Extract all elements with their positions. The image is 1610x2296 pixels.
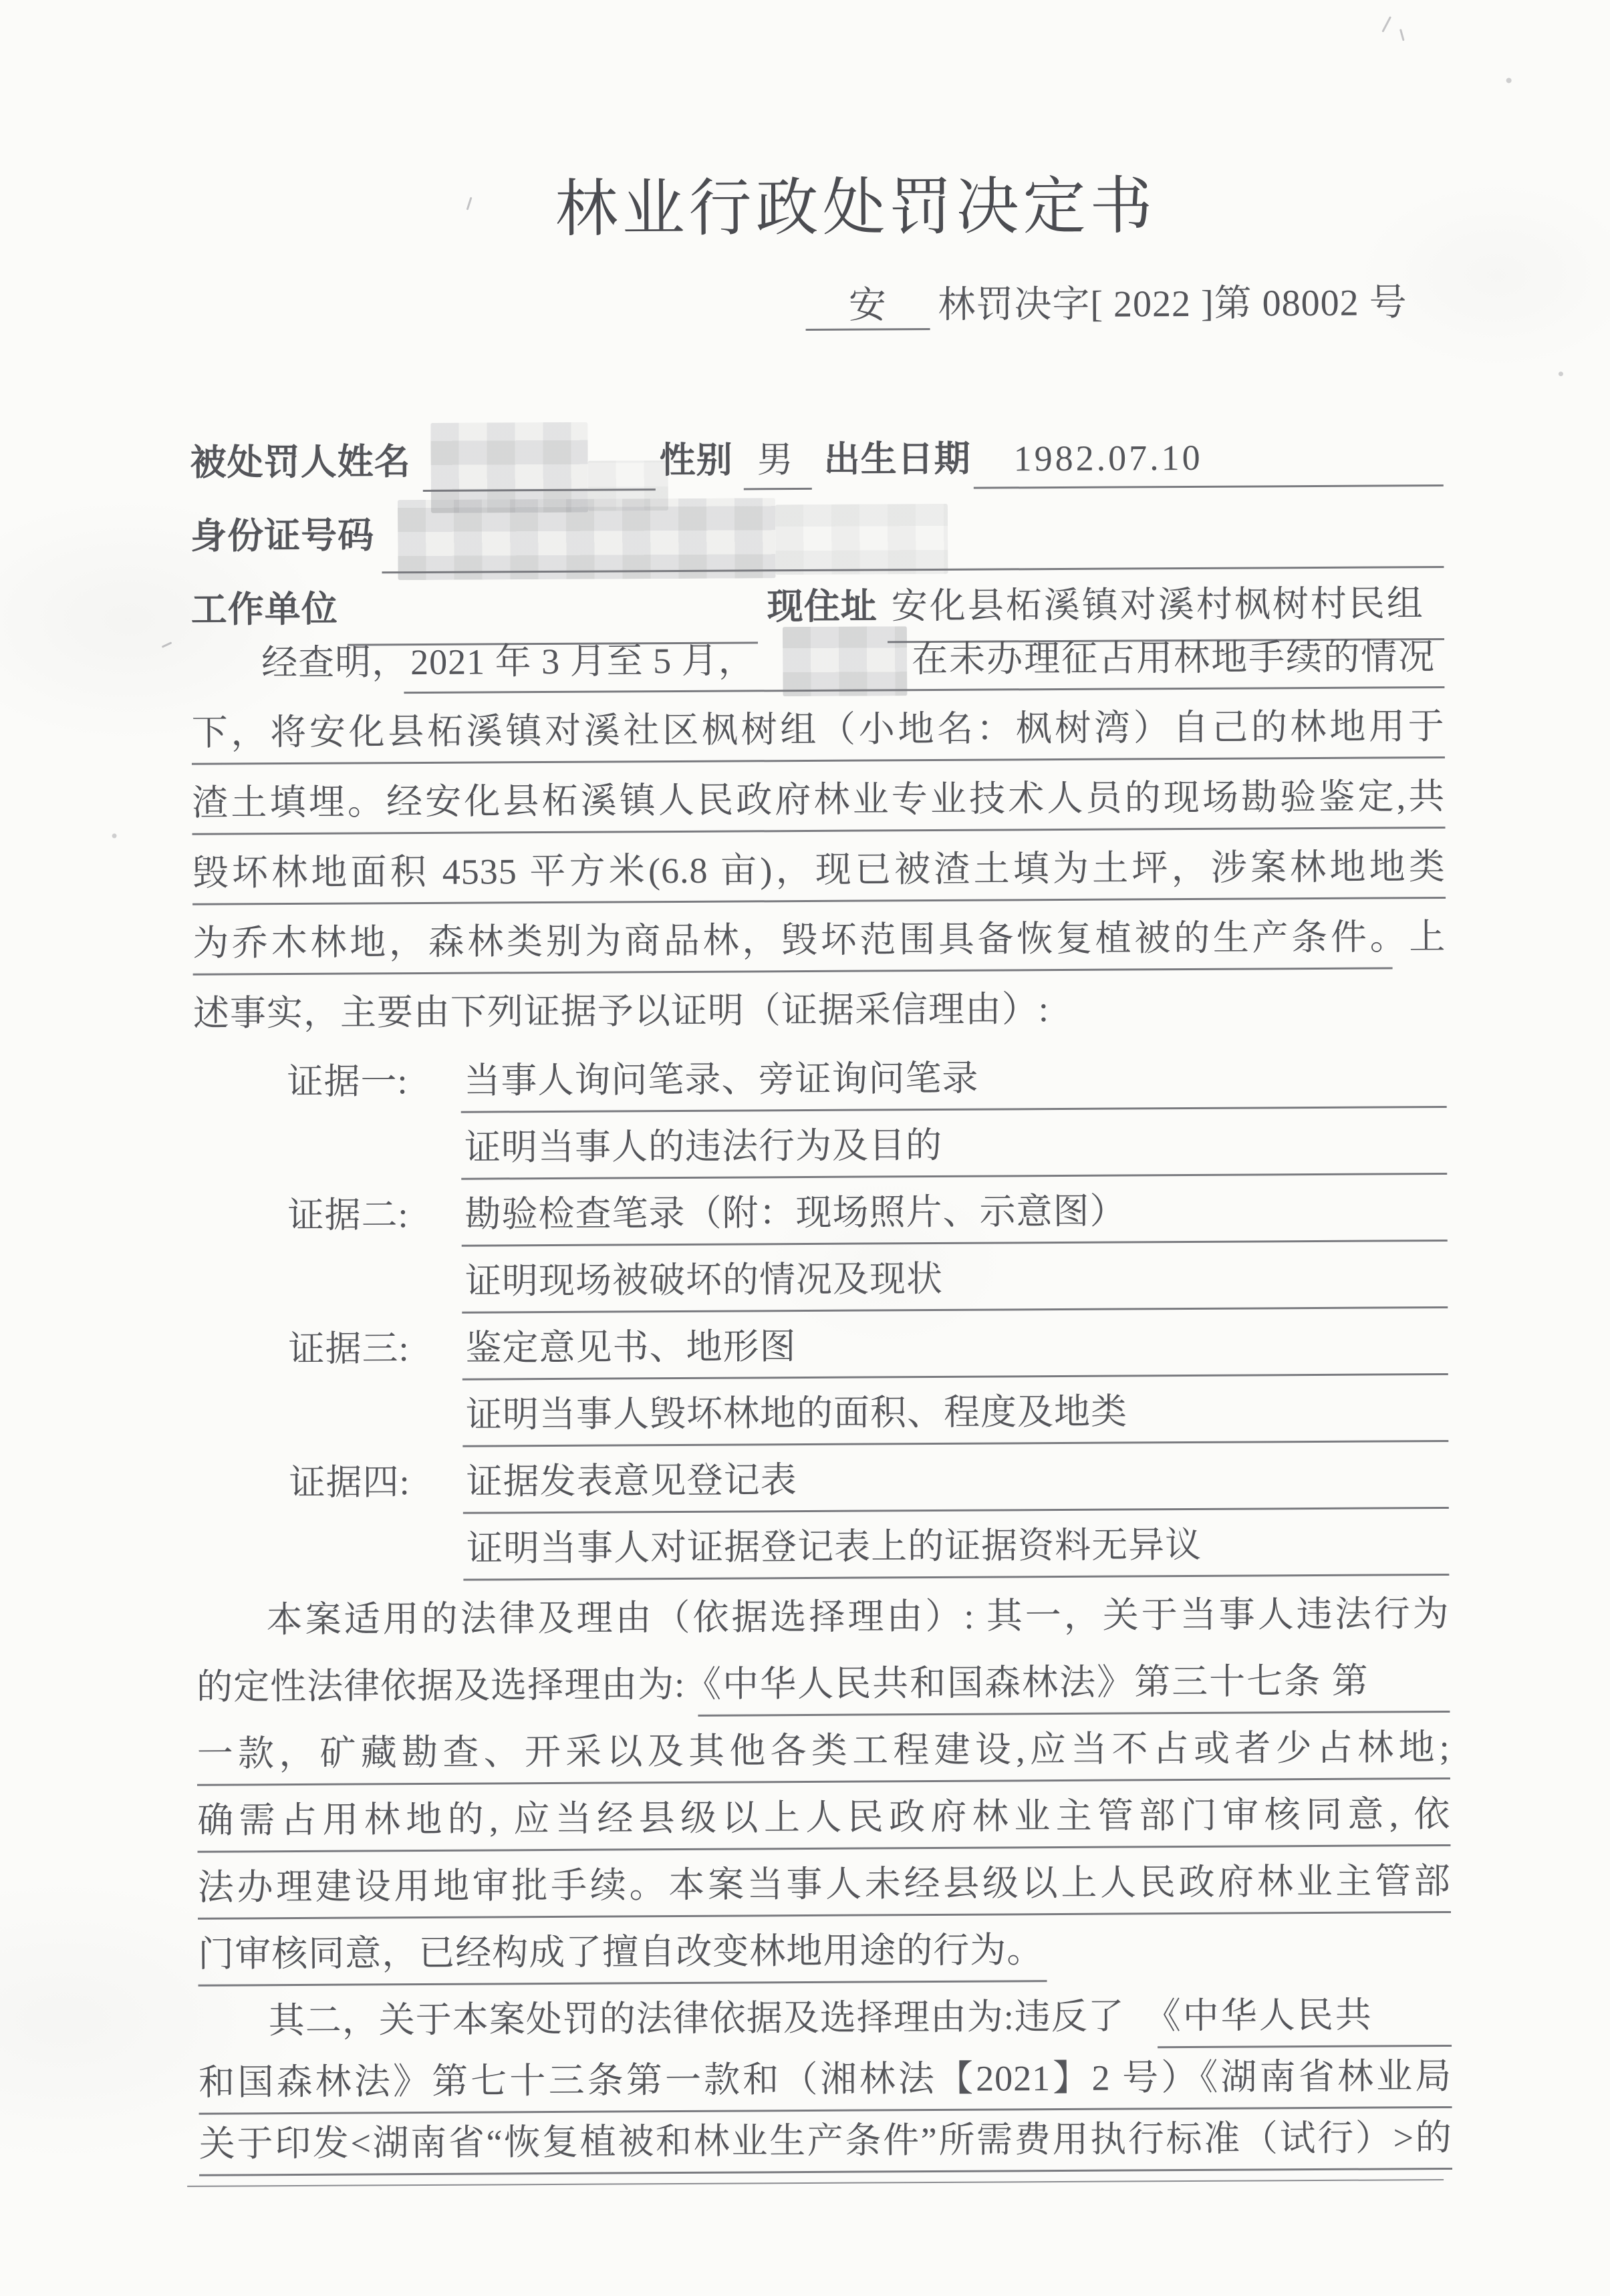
evidence4-label: 证据四: <box>289 1455 410 1510</box>
evidence2-proves-underline <box>462 1306 1448 1314</box>
findings-line3: 渣土填埋。经安化县柘溪镇人民政府林业专业技术人员的现场勘验鉴定,共 <box>192 770 1445 830</box>
evidence1-content-underline <box>461 1106 1447 1113</box>
legal-line3: 一款，矿藏勘查、开采以及其他各类工程建设,应当不占或者少占林地; <box>197 1721 1450 1781</box>
penalty-line1-plain: 其二，关于本案处罚的法律依据及选择理由为:违反了 <box>269 1997 1125 2041</box>
evidence3-label: 证据三: <box>288 1322 409 1376</box>
evidence3-content-underline <box>462 1373 1448 1381</box>
scan-noise-speck <box>1559 372 1563 376</box>
id-label: 身份证号码 <box>190 509 374 563</box>
findings-line1-date: 2021 年 3 月至 5 月， <box>410 633 755 689</box>
evidence3-content: 鉴定意见书、地形图 <box>465 1320 796 1375</box>
gender-value: 男 <box>757 433 793 486</box>
evidence1-content: 当事人询问笔录、旁证询问笔录 <box>464 1052 978 1108</box>
scan-noise-mark <box>466 197 473 210</box>
document-title: 林业行政处罚决定书 <box>555 166 1157 250</box>
doc-number-line: 安林罚决字[ 2022 ]第 08002 号 <box>807 276 1407 333</box>
scan-noise-speck <box>112 833 117 838</box>
evidence2-label: 证据二: <box>287 1188 408 1242</box>
findings-line6: 述事实，主要由下列证据予以证明（证据采信理由）: <box>193 982 1049 1040</box>
dob-value: 1982.07.10 <box>1013 431 1202 485</box>
findings-line1-prefix: 经查明， <box>261 635 408 690</box>
penalty-line3: 关于印发<湖南省“恢复植被和林业生产条件”所需费用执行标准（试行）>的 <box>199 2111 1452 2171</box>
findings-line2: 下，将安化县柘溪镇对溪社区枫树组（小地名：枫树湾）自己的林地用于 <box>192 700 1445 760</box>
address-value: 安化县柘溪镇对溪村枫树村民组 <box>892 577 1425 633</box>
legal-line6: 门审核同意，已经构成了擅自改变林地用途的行为。 <box>198 1923 1043 1981</box>
document-sheet: 林业行政处罚决定书 安林罚决字[ 2022 ]第 08002 号 被处罚人姓名 … <box>0 0 1610 2296</box>
penalty-line3-underline2 <box>187 2179 1444 2187</box>
penalty-line1-underlined: 《中华人民共 <box>1125 1995 1373 2037</box>
evidence2-proves: 证明现场被破坏的情况及现状 <box>465 1252 943 1308</box>
legal-line2-plain: 的定性法律依据及选择理由为: <box>196 1665 685 1707</box>
doc-number-region-fill: 安 <box>807 279 928 333</box>
legal-line6-underline <box>198 1980 1047 1987</box>
legal-line2-underline <box>698 1711 1450 1717</box>
scan-noise-speck <box>1506 78 1512 83</box>
evidence4-proves: 证明当事人对证据登记表上的证据资料无异议 <box>466 1518 1202 1576</box>
legal-line1: 本案适用的法律及理由（依据选择理由）: 其一，关于当事人违法行为 <box>266 1587 1449 1646</box>
legal-line2: 的定性法律依据及选择理由为:《中华人民共和国森林法》第三十七条 第 <box>196 1655 1369 1714</box>
penalty-line2: 和国森林法》第七十三条第一款和（湘林法【2021】2 号）《湖南省林业局 <box>198 2049 1452 2110</box>
findings-line4: 毁坏林地面积 4535 平方米(6.8 亩)，现已被渣土填为土坪，涉案林地地类 <box>192 840 1446 900</box>
legal-line2-underlined: 《中华人民共和国森林法》第三十七条 第 <box>685 1661 1369 1705</box>
evidence4-proves-underline <box>463 1574 1449 1581</box>
scan-noise-mark <box>1399 29 1405 41</box>
penalty-line1-underline <box>1158 2045 1452 2048</box>
scan-noise-mark <box>162 641 172 648</box>
scan-noise-mark <box>1381 16 1391 32</box>
redaction-mosaic-id <box>398 498 776 580</box>
evidence1-proves-underline <box>461 1173 1447 1180</box>
address-label: 现住址 <box>767 579 878 633</box>
evidence2-content: 勘验检查笔录（附：现场照片、示意图） <box>464 1184 1126 1241</box>
penalty-line1: 其二，关于本案处罚的法律依据及选择理由为:违反了《中华人民共 <box>269 1989 1373 2048</box>
evidence2-content-underline <box>462 1240 1448 1247</box>
evidence4-content-underline <box>463 1507 1449 1514</box>
work-unit-label: 工作单位 <box>191 583 338 637</box>
gender-label: 性别 <box>659 434 732 488</box>
evidence1-label: 证据一: <box>287 1054 408 1109</box>
name-label: 被处罚人姓名 <box>190 435 410 490</box>
redaction-mosaic-subject <box>783 626 908 696</box>
evidence1-proves: 证明当事人的违法行为及目的 <box>464 1119 942 1175</box>
legal-line4: 确需占用林地的, 应当经县级以上人民政府林业主管部门审核同意, 依 <box>197 1787 1450 1848</box>
evidence4-content: 证据发表意见登记表 <box>466 1453 797 1509</box>
legal-line5: 法办理建设用地审批手续。本案当事人未经县级以上人民政府林业主管部 <box>198 1854 1451 1914</box>
doc-number-text: 林罚决字[ 2022 ]第 08002 号 <box>928 282 1407 326</box>
dob-label: 出生日期 <box>823 432 970 486</box>
gender-underline <box>744 488 812 490</box>
evidence3-proves-underline <box>462 1440 1448 1447</box>
findings-line5: 为乔木林地，森林类别为商品林，毁坏范围具备恢复植被的生产条件。上 <box>192 910 1446 970</box>
evidence3-proves: 证明当事人毁坏林地的面积、程度及地类 <box>466 1385 1127 1441</box>
scanned-document-page: 林业行政处罚决定书 安林罚决字[ 2022 ]第 08002 号 被处罚人姓名 … <box>0 0 1610 2296</box>
redaction-mosaic-id-tail <box>775 504 948 575</box>
findings-line1-text: 在未办理征占用林地手续的情况 <box>912 630 1436 686</box>
